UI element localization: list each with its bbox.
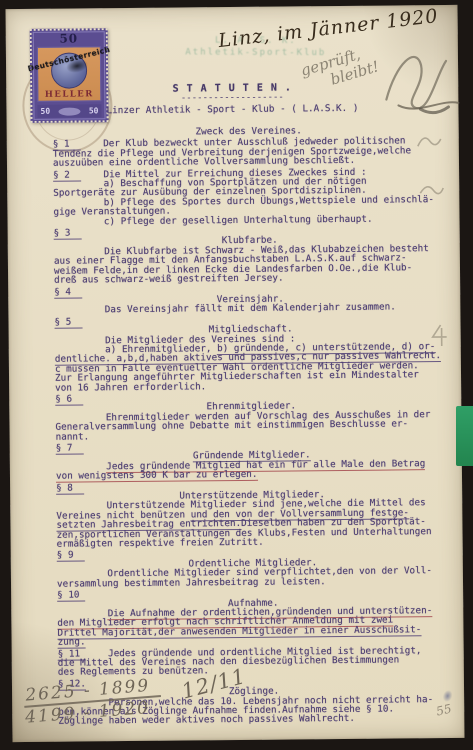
title-block: S T A T U T E N . ------------------- Li…	[6, 81, 458, 117]
stamp-value: 50	[30, 31, 108, 46]
doc-lines: Zweck des Vereines.§ 1 Der Klub bezweckt…	[53, 125, 451, 727]
doc-text-line: Drittel Majorität,der anwesenden Mitglie…	[57, 625, 449, 638]
green-bookmark	[456, 406, 473, 466]
document-page: L. A. S. K. Athletik-Sport-Klub 50 HELLE…	[5, 5, 464, 742]
scanned-document: { "page": { "stamp": { "value_top": "50"…	[0, 0, 473, 750]
